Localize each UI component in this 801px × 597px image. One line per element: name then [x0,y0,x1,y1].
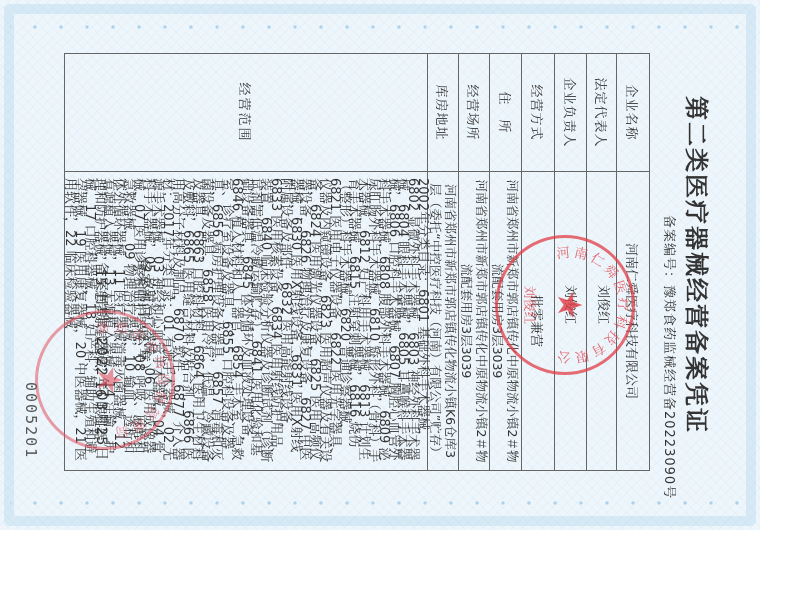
bureau-seal-stamp: 新郑市市场监督管理局 ★ [35,310,175,450]
table-row: 库房地址 河南省郑州市新郑市郭店镇传化物流小镇K6仓库3层（委托“中控医疗科技（… [428,54,459,471]
company-seal-signature: 刘俊红 [521,238,540,372]
field-label-legal-representative: 法定代表人 [587,54,617,172]
field-value-business-premises: 河南省郑州市新郑市郭店镇传化中原物流小镇2＃物流配套用房3层3039 [459,172,490,471]
filing-number-label: 备案编号： [661,215,676,285]
company-seal-stamp: 河南仁舜医疗科技有限公司 ★ 刘俊红 [495,235,635,375]
decorative-border-left [10,20,750,34]
security-pattern-background: 第二类医疗器械经营备案凭证 备案编号：豫郑食药监械经营备20223090号 企业… [0,0,760,530]
field-value-warehouse-address: 河南省郑州市新郑市郭店镇传化物流小镇K6仓库3层（委托“中控医疗科技（河南）有限… [428,172,459,471]
field-label-warehouse-address: 库房地址 [428,54,459,172]
field-label-residence: 住 所 [490,54,522,172]
decorative-border-right [10,496,750,510]
field-label-responsible-person: 企业负责人 [555,54,587,172]
field-label-company-name: 企业名称 [617,54,650,172]
filing-number: 豫郑食药监械经营备20223090号 [661,285,676,499]
serial-number: 0005201 [22,382,40,459]
field-label-business-premises: 经营场所 [459,54,490,172]
star-icon: ★ [552,290,586,320]
field-label-business-scope: 经营范围 [64,54,427,172]
field-label-business-mode: 经营方式 [522,54,555,172]
document-title: 第二类医疗器械经营备案凭证 [681,0,716,530]
table-row: 经营场所 河南省郑州市新郑市郭店镇传化中原物流小镇2＃物流配套用房3层3039 [459,54,490,471]
certificate-page: 第二类医疗器械经营备案凭证 备案编号：豫郑食药监械经营备20223090号 企业… [0,0,760,530]
filing-number-line: 备案编号：豫郑食药监械经营备20223090号 [661,215,680,499]
star-icon: ★ [92,365,126,395]
